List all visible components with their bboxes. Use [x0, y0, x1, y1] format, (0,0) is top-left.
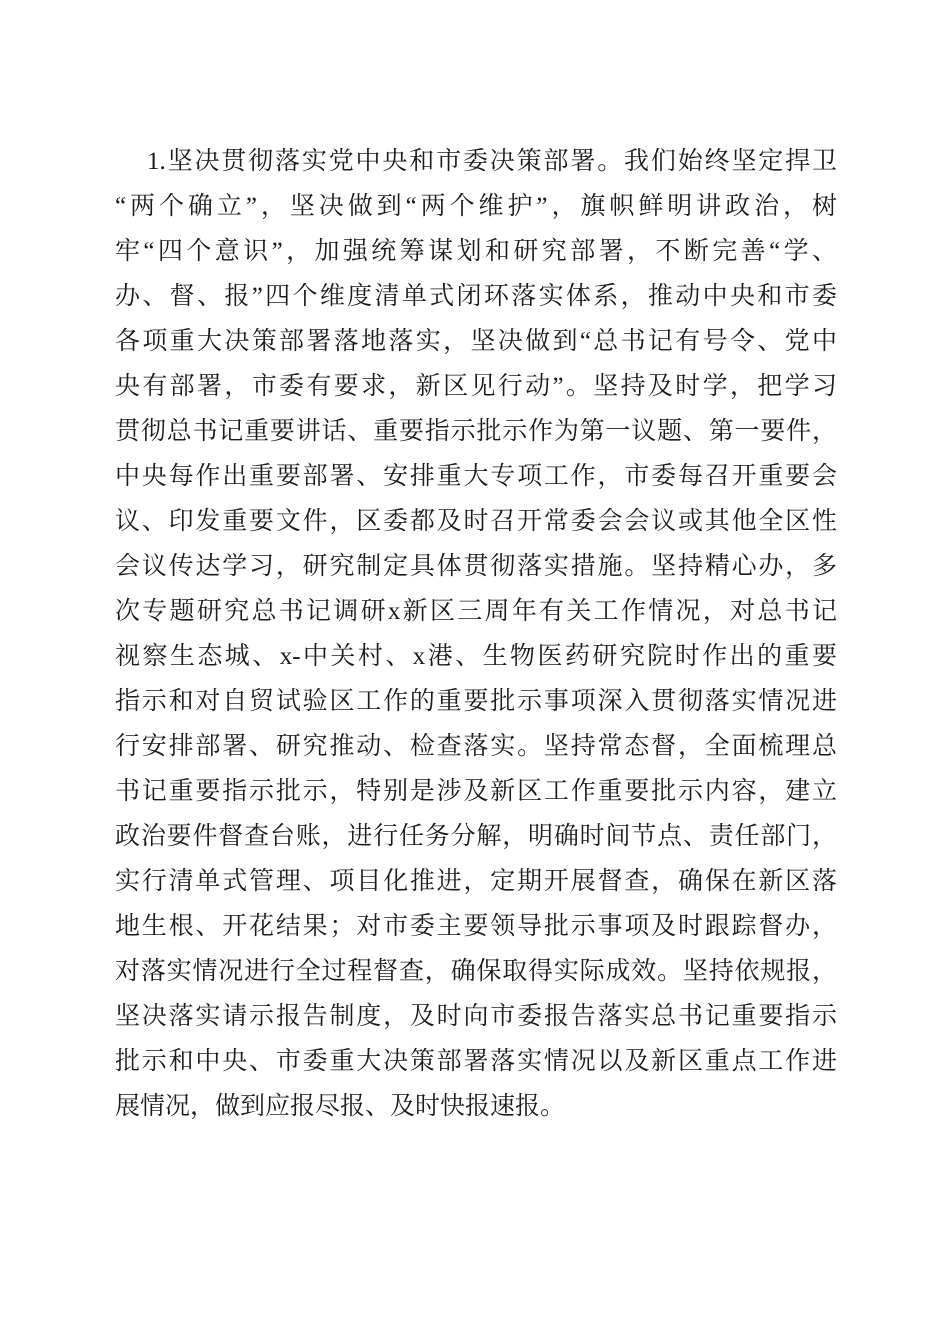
- text-line: 各项重大决策部署落地落实，坚决做到“总书记有号令、党中: [115, 319, 837, 364]
- text-line: 政治要件督查台账，进行任务分解，明确时间节点、责任部门，: [115, 814, 837, 859]
- text-line: 次专题研究总书记调研x新区三周年有关工作情况，对总书记: [115, 589, 837, 634]
- paragraph-body: 1.坚决贯彻落实党中央和市委决策部署。我们始终坚定捍卫 “两个确立”，坚决做到“…: [115, 139, 837, 1129]
- text-line: 央有部署，市委有要求，新区见行动”。坚持及时学，把学习: [115, 364, 837, 409]
- text-line: 展情况，做到应报尽报、及时快报速报。: [115, 1084, 837, 1129]
- text-line: 办、督、报”四个维度清单式闭环落实体系，推动中央和市委: [115, 274, 837, 319]
- text-line: 批示和中央、市委重大决策部署落实情况以及新区重点工作进: [115, 1039, 837, 1084]
- text-line: 牢“四个意识”，加强统筹谋划和研究部署，不断完善“学、: [115, 229, 837, 274]
- text-line: 行安排部署、研究推动、检查落实。坚持常态督，全面梳理总: [115, 724, 837, 769]
- text-line: 实行清单式管理、项目化推进，定期开展督查，确保在新区落: [115, 859, 837, 904]
- text-line: 议、印发重要文件，区委都及时召开常委会会议或其他全区性: [115, 499, 837, 544]
- document-page: 1.坚决贯彻落实党中央和市委决策部署。我们始终坚定捍卫 “两个确立”，坚决做到“…: [0, 0, 950, 1344]
- text-line: 1.坚决贯彻落实党中央和市委决策部署。我们始终坚定捍卫: [115, 139, 837, 184]
- text-line: 视察生态城、x-中关村、x港、生物医药研究院时作出的重要: [115, 634, 837, 679]
- text-line: “两个确立”，坚决做到“两个维护”，旗帜鲜明讲政治，树: [115, 184, 837, 229]
- text-line: 书记重要指示批示，特别是涉及新区工作重要批示内容，建立: [115, 769, 837, 814]
- text-line: 指示和对自贸试验区工作的重要批示事项深入贯彻落实情况进: [115, 679, 837, 724]
- text-line: 会议传达学习，研究制定具体贯彻落实措施。坚持精心办，多: [115, 544, 837, 589]
- text-line: 地生根、开花结果；对市委主要领导批示事项及时跟踪督办，: [115, 904, 837, 949]
- text-line: 对落实情况进行全过程督查，确保取得实际成效。坚持依规报，: [115, 949, 837, 994]
- text-line: 坚决落实请示报告制度，及时向市委报告落实总书记重要指示: [115, 994, 837, 1039]
- text-line: 贯彻总书记重要讲话、重要指示批示作为第一议题、第一要件，: [115, 409, 837, 454]
- text-line: 中央每作出重要部署、安排重大专项工作，市委每召开重要会: [115, 454, 837, 499]
